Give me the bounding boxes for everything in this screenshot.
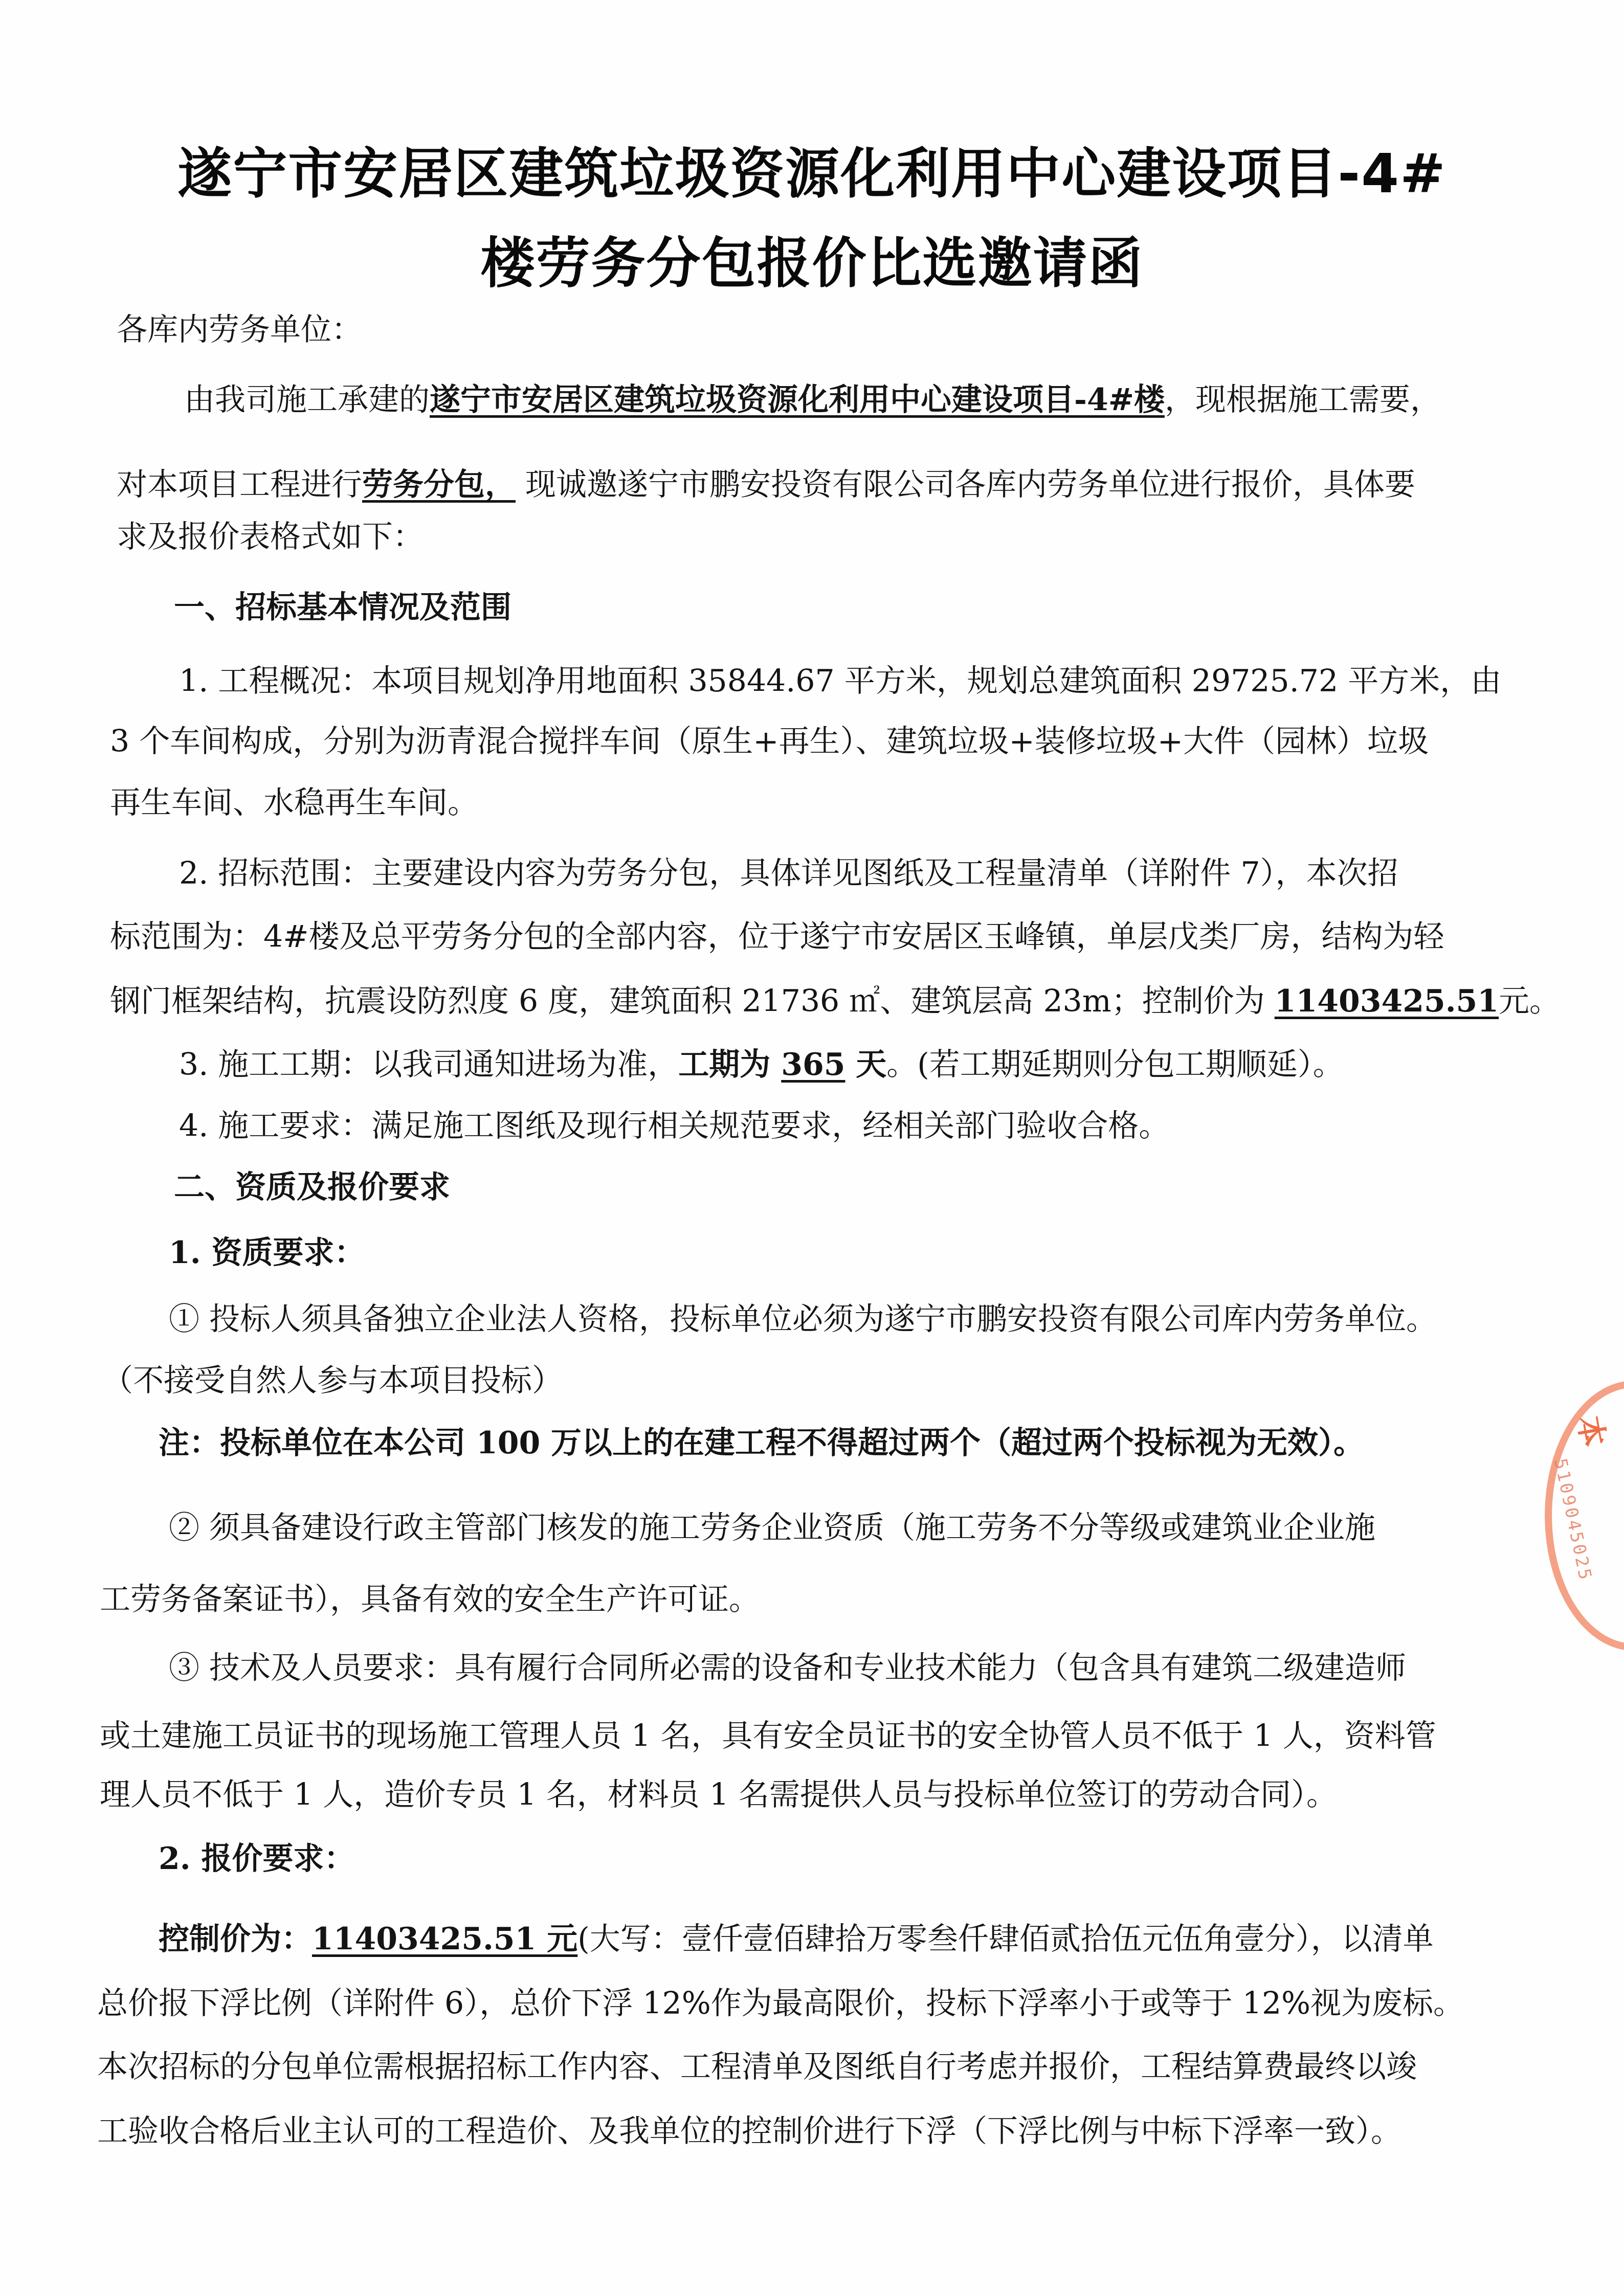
qualification-heading: 1. 资质要求：	[169, 1232, 365, 1273]
item-2-l3-prefix: 钢门框架结构，抗震设防烈度 6 度，建筑面积 21736 ㎡、建筑层高 23m；…	[110, 983, 1275, 1019]
item-2-l3-suffix: 元。	[1499, 983, 1560, 1019]
duration-days: 365	[781, 1047, 845, 1083]
intro-line-3: 求及报价表格式如下：	[117, 516, 424, 557]
intro-line-2: 对本项目工程进行劳务分包， 现诚邀遂宁市鹏安投资有限公司各库内劳务单位进行报价，…	[117, 464, 1415, 505]
requirement-3-line-2: 或土建施工员证书的现场施工管理人员 1 名，具有安全员证书的安全协管人员不低于 …	[100, 1716, 1436, 1757]
item-3-days-unit: 天	[845, 1047, 886, 1083]
control-price-value: 11403425.51 元	[312, 1921, 577, 1957]
note: 注：投标单位在本公司 100 万以上的在建工程不得超过两个（超过两个投标视为无效…	[159, 1423, 1364, 1464]
item-2-line-1: 2. 招标范围：主要建设内容为劳务分包，具体详见图纸及工程量清单（详附件 7），…	[179, 853, 1398, 894]
section-1-heading: 一、招标基本情况及范围	[174, 587, 511, 628]
price-line-4: 工验收合格后业主认可的工程造价、及我单位的控制价进行下浮（下浮比例与中标下浮率一…	[97, 2111, 1401, 2152]
title-line-2: 楼劳务分包报价比选邀请函	[0, 230, 1624, 297]
intro-line-1: 由我司施工承建的遂宁市安居区建筑垃圾资源化利用中心建设项目-4#楼，现根据施工需…	[184, 379, 1441, 420]
item-3-bold: 工期为	[678, 1047, 781, 1083]
intro-prefix: 由我司施工承建的	[184, 382, 430, 418]
item-3-suffix: 。(若工期延期则分包工期顺延）。	[886, 1047, 1343, 1083]
document-page: 遂宁市安居区建筑垃圾资源化利用中心建设项目-4# 楼劳务分包报价比选邀请函 各库…	[0, 0, 1624, 2296]
control-price: 11403425.51	[1275, 983, 1499, 1019]
labor-subcontract: 劳务分包，	[362, 467, 516, 503]
project-name: 遂宁市安居区建筑垃圾资源化利用中心建设项目-4#楼	[430, 382, 1165, 418]
item-3-prefix: 3. 施工工期：以我司通知进场为准，	[179, 1047, 678, 1083]
salutation: 各库内劳务单位：	[117, 309, 362, 350]
price-label: 控制价为：	[159, 1921, 312, 1957]
quote-heading: 2. 报价要求：	[159, 1838, 355, 1879]
requirement-3-line-3: 理人员不低于 1 人，造价专员 1 名，材料员 1 名需提供人员与投标单位签订的…	[100, 1774, 1337, 1815]
requirement-2-line-2: 工劳务备案证书），具备有效的安全生产许可证。	[100, 1579, 760, 1620]
intro-l2-suffix: 现诚邀遂宁市鹏安投资有限公司各库内劳务单位进行报价，具体要	[516, 467, 1415, 503]
requirement-3-line-1: ③ 技术及人员要求：具有履行合同所必需的设备和专业技术能力（包含具有建筑二级建造…	[169, 1648, 1406, 1689]
item-2-line-3: 钢门框架结构，抗震设防烈度 6 度，建筑面积 21736 ㎡、建筑层高 23m；…	[110, 981, 1560, 1022]
title-line-1: 遂宁市安居区建筑垃圾资源化利用中心建设项目-4#	[0, 141, 1624, 207]
intro-l2-prefix: 对本项目工程进行	[117, 467, 362, 503]
section-2-heading: 二、资质及报价要求	[174, 1167, 450, 1208]
item-3: 3. 施工工期：以我司通知进场为准，工期为 365 天。(若工期延期则分包工期顺…	[179, 1044, 1344, 1085]
requirement-1-line-1: ① 投标人须具备独立企业法人资格，投标单位必须为遂宁市鹏安投资有限公司库内劳务单…	[169, 1299, 1437, 1340]
item-1-line-2: 3 个车间构成，分别为沥青混合搅拌车间（原生+再生）、建筑垃圾+装修垃圾+大件（…	[110, 721, 1429, 762]
price-uppercase: (大写：壹仟壹佰肆拾万零叁仟肆佰贰拾伍元伍角壹分），以清单	[577, 1921, 1433, 1957]
item-1-line-3: 再生车间、水稳再生车间。	[110, 782, 478, 823]
price-line-2: 总价报下浮比例（详附件 6），总价下浮 12%作为最高限价，投标下浮率小于或等于…	[97, 1983, 1464, 2024]
item-4: 4. 施工要求：满足施工图纸及现行相关规范要求，经相关部门验收合格。	[179, 1106, 1169, 1146]
requirement-2-line-1: ② 须具备建设行政主管部门核发的施工劳务企业资质（施工劳务不分等级或建筑业企业施	[169, 1507, 1375, 1548]
requirement-1-line-2: （不接受自然人参与本项目投标）	[102, 1360, 563, 1401]
price-line-3: 本次招标的分包单位需根据招标工作内容、工程清单及图纸自行考虑并报价，工程结算费最…	[97, 2046, 1417, 2087]
price-line-1: 控制价为：11403425.51 元(大写：壹仟壹佰肆拾万零叁仟肆佰贰拾伍元伍角…	[159, 1919, 1434, 1960]
item-1-line-1: 1. 工程概况：本项目规划净用地面积 35844.67 平方米，规划总建筑面积 …	[179, 661, 1501, 702]
item-2-line-2: 标范围为：4#楼及总平劳务分包的全部内容，位于遂宁市安居区玉峰镇，单层戊类厂房，…	[110, 916, 1444, 957]
intro-suffix: ，现根据施工需要，	[1165, 382, 1441, 418]
